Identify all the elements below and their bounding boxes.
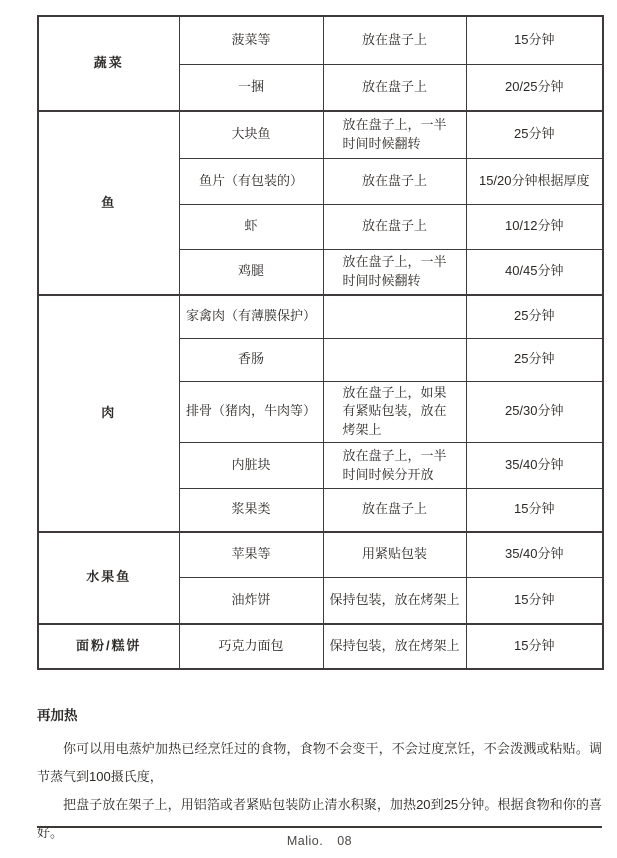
method-cell [323, 295, 466, 338]
category-cell: 面粉/糕饼 [38, 624, 179, 669]
food-cell: 油炸饼 [179, 578, 323, 624]
time-cell: 25分钟 [466, 338, 603, 381]
food-cell: 虾 [179, 204, 323, 249]
cooking-chart-table: 蔬菜 菠菜等 放在盘子上 15分钟 一捆 放在盘子上 20/25分钟 鱼 大块鱼… [37, 15, 604, 670]
time-cell: 10/12分钟 [466, 204, 603, 249]
method-text: 放在盘子上，一半 时间时候翻转 [342, 253, 446, 291]
time-cell: 15分钟 [466, 578, 603, 624]
category-cell: 水果鱼 [38, 532, 179, 624]
time-cell: 15分钟 [466, 489, 603, 532]
reheat-paragraph: 你可以用电蒸炉加热已经烹饪过的食物，食物不会变干，不会过度烹饪，不会泼溅或粘贴。… [37, 735, 602, 791]
footer-brand: Malio. [287, 834, 323, 848]
time-cell: 35/40分钟 [466, 443, 603, 489]
table-row: 面粉/糕饼 巧克力面包 保持包装，放在烤架上 15分钟 [38, 624, 603, 669]
food-cell: 一捆 [179, 64, 323, 111]
method-text: 放在盘子上 [362, 500, 427, 519]
method-cell: 放在盘子上 [323, 64, 466, 111]
method-text: 放在盘子上 [362, 172, 427, 191]
cooking-chart-table-wrap: 蔬菜 菠菜等 放在盘子上 15分钟 一捆 放在盘子上 20/25分钟 鱼 大块鱼… [37, 15, 604, 670]
food-cell: 家禽肉（有薄膜保护） [179, 295, 323, 338]
food-cell: 苹果等 [179, 532, 323, 578]
category-cell: 肉 [38, 295, 179, 532]
method-text: 放在盘子上，一半 时间时候分开放 [342, 447, 446, 485]
time-cell: 35/40分钟 [466, 532, 603, 578]
method-cell: 放在盘子上，一半 时间时候翻转 [323, 111, 466, 158]
method-cell: 保持包装，放在烤架上 [323, 624, 466, 669]
food-cell: 大块鱼 [179, 111, 323, 158]
footer-page-number: 08 [337, 834, 352, 848]
category-cell: 鱼 [38, 111, 179, 295]
method-text: 放在盘子上，如果 有紧贴包装，放在 烤架上 [342, 384, 446, 441]
method-text: 用紧贴包装 [362, 545, 427, 564]
food-cell: 排骨（猪肉，牛肉等） [179, 381, 323, 443]
method-text: 保持包装，放在烤架上 [329, 591, 459, 610]
method-text: 放在盘子上 [362, 78, 427, 97]
method-cell: 放在盘子上 [323, 489, 466, 532]
method-cell: 放在盘子上，一半 时间时候分开放 [323, 443, 466, 489]
food-cell: 鸡腿 [179, 249, 323, 295]
food-cell: 内脏块 [179, 443, 323, 489]
method-cell: 放在盘子上 [323, 204, 466, 249]
footer-divider [37, 826, 602, 828]
method-cell: 放在盘子上，一半 时间时候翻转 [323, 249, 466, 295]
reheat-heading: 再加热 [37, 704, 602, 724]
method-text: 保持包装，放在烤架上 [329, 637, 459, 656]
method-text: 放在盘子上 [362, 31, 427, 50]
method-cell: 放在盘子上 [323, 16, 466, 64]
method-cell: 保持包装，放在烤架上 [323, 578, 466, 624]
food-cell: 鱼片（有包装的） [179, 158, 323, 204]
method-cell: 放在盘子上 [323, 158, 466, 204]
method-text: 放在盘子上 [362, 217, 427, 236]
food-cell: 巧克力面包 [179, 624, 323, 669]
time-cell: 15分钟 [466, 624, 603, 669]
time-cell: 25分钟 [466, 295, 603, 338]
category-cell: 蔬菜 [38, 16, 179, 111]
food-cell: 香肠 [179, 338, 323, 381]
time-cell: 40/45分钟 [466, 249, 603, 295]
time-cell: 25分钟 [466, 111, 603, 158]
table-row: 鱼 大块鱼 放在盘子上，一半 时间时候翻转 25分钟 [38, 111, 603, 158]
table-row: 蔬菜 菠菜等 放在盘子上 15分钟 [38, 16, 603, 64]
table-row: 水果鱼 苹果等 用紧贴包装 35/40分钟 [38, 532, 603, 578]
time-cell: 20/25分钟 [466, 64, 603, 111]
time-cell: 15/20分钟根据厚度 [466, 158, 603, 204]
time-cell: 15分钟 [466, 16, 603, 64]
method-cell: 放在盘子上，如果 有紧贴包装，放在 烤架上 [323, 381, 466, 443]
time-cell: 25/30分钟 [466, 381, 603, 443]
table-row: 肉 家禽肉（有薄膜保护） 25分钟 [38, 295, 603, 338]
food-cell: 菠菜等 [179, 16, 323, 64]
method-cell [323, 338, 466, 381]
footer-page-label: Malio.08 [37, 834, 602, 848]
method-cell: 用紧贴包装 [323, 532, 466, 578]
food-cell: 浆果类 [179, 489, 323, 532]
method-text: 放在盘子上，一半 时间时候翻转 [342, 116, 446, 154]
